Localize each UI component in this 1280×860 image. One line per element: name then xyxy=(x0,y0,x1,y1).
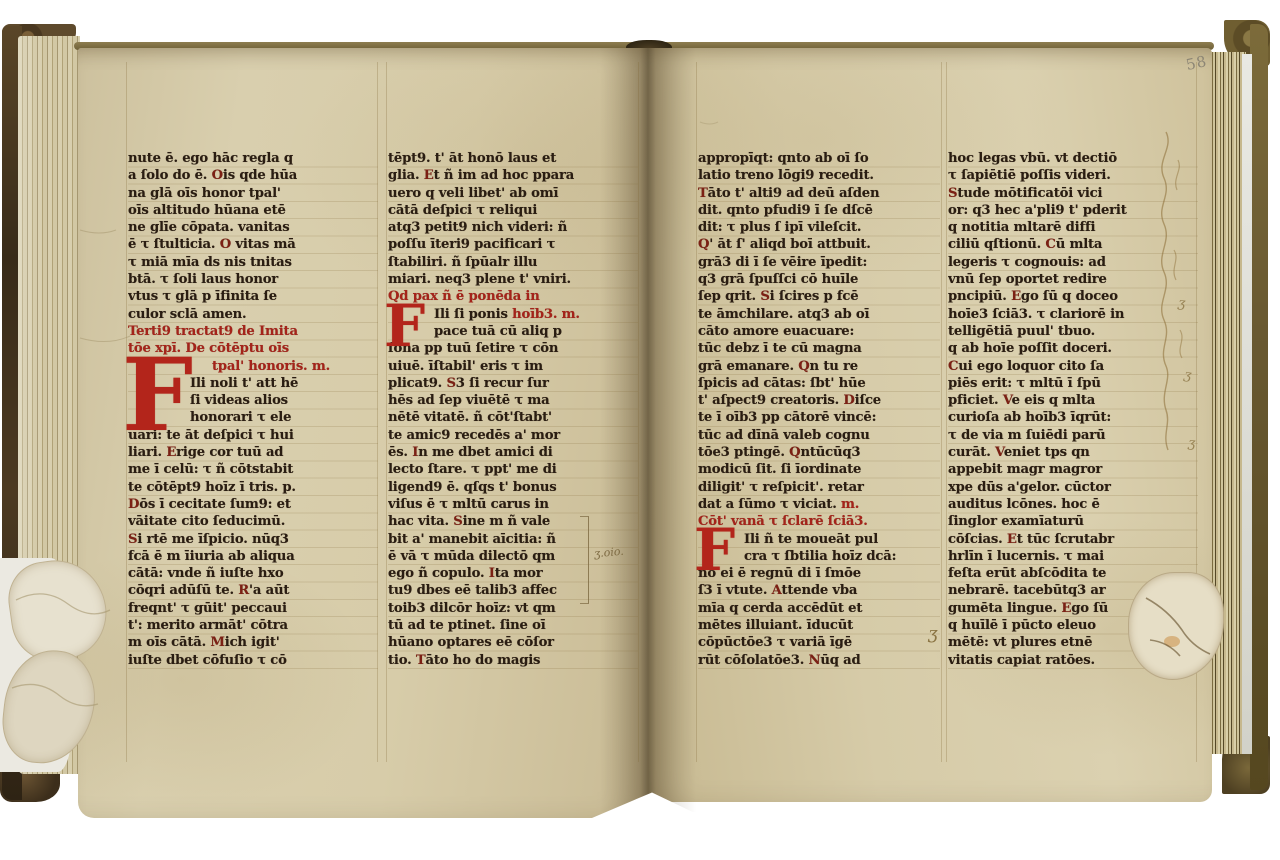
text-line: telligētiā puul' tbuo. xyxy=(948,323,1198,340)
text-line: ſona pp tuū ſetire τ cōn xyxy=(388,340,638,357)
text-line: te āmchilare. atq3 ab oī xyxy=(698,306,940,323)
text-line: q notitia mltarē diffi xyxy=(948,219,1198,236)
illuminated-initial-F-left-col2: F xyxy=(384,300,425,352)
text-line: diligit' τ reſpicit'. retar xyxy=(698,479,940,496)
text-line: ne glīe cōpata. vanitas xyxy=(128,219,378,236)
text-line: tio. Tāto ho do magis xyxy=(388,652,638,669)
text-line: atq3 petit9 nich videri: ñ xyxy=(388,219,638,236)
text-line: mīa q cerda accēdūt et xyxy=(698,600,940,617)
text-line: Stude mōtificatōi vici xyxy=(948,185,1198,202)
stain-spot xyxy=(1164,636,1180,647)
text-line: Si rtē me īſpicio. nūq3 xyxy=(128,531,378,548)
text-line: iuſte dbet cōfuſio τ cō xyxy=(128,652,378,669)
text-line: vtus τ glā p īfinita ſe xyxy=(128,288,378,305)
text-line: ego ñ copulo. Ita mor xyxy=(388,565,638,582)
text-line: auditus lcōnes. hoc ē xyxy=(948,496,1198,513)
text-line: cōpūctōe3 τ variā īgē xyxy=(698,634,940,651)
text-line: appropīqt: qnto ab oī ſo xyxy=(698,150,940,167)
text-line: τ de via m ſuiēdi parū xyxy=(948,427,1198,444)
text-line: cōqri adūſū te. R'a aūt xyxy=(128,582,378,599)
text-line: τ miā mīa ds nis tnitas xyxy=(128,254,378,271)
text-line: toib3 dilcōr hoīz: vt qm xyxy=(388,600,638,617)
text-line: pace tuā cū aliq p xyxy=(388,323,638,340)
text-line: tōe3 ptingē. Qntūcūq3 xyxy=(698,444,940,461)
text-line: Tāto t' alti9 ad deū aſden xyxy=(698,185,940,202)
text-line: viſus ē τ mltū carus in xyxy=(388,496,638,513)
text-line: fcā ē m īiuria ab aliqua xyxy=(128,548,378,565)
text-line: ciliū qſtionū. Cū mlta xyxy=(948,236,1198,253)
text-line: modicū ſit. ſi īordinate xyxy=(698,461,940,478)
text-line: ē τ ſtulticia. O vitas mā xyxy=(128,236,378,253)
text-line: ſ3 ī vtute. Attende vba xyxy=(698,582,940,599)
text-line: btā. τ ſoli laus honor xyxy=(128,271,378,288)
text-line: hoc legas vbū. vt dectiō xyxy=(948,150,1198,167)
text-line: t': merito armāt' cōtra xyxy=(128,617,378,634)
text-line: curioſa ab hoīb3 īqrūt: xyxy=(948,409,1198,426)
text-line: t' aſpect9 creatoris. Diſce xyxy=(698,392,940,409)
text-line: pficiet. Ve eis q mlta xyxy=(948,392,1198,409)
illuminated-initial-F-left-col1: F xyxy=(122,352,193,438)
text-line: glia. Et ñ im ad hoc ppara xyxy=(388,167,638,184)
text-line: cāto amore euacuare: xyxy=(698,323,940,340)
ruling-line xyxy=(941,62,942,762)
text-line: appebit magr magror xyxy=(948,461,1198,478)
text-line: nute ē. ego hāc regla q xyxy=(128,150,378,167)
text-line: legeris τ cognouis: ad xyxy=(948,254,1198,271)
text-line: tu9 dbes eē talib3 affec xyxy=(388,582,638,599)
text-line: Q' āt ſ' aliqd boī attbuit. xyxy=(698,236,940,253)
text-column-right-1: appropīqt: qnto ab oī ſolatio treno lōgi… xyxy=(698,150,940,674)
margin-side-note: ʒ.oio. xyxy=(593,545,624,561)
text-line: rūt cōſolatōe3. Nūq ad xyxy=(698,652,940,669)
text-line: pncipiū. Ego ſū q doceo xyxy=(948,288,1198,305)
text-line: na glā oīs honor tpal' xyxy=(128,185,378,202)
text-line: hēs ad ſep viuētē τ ma xyxy=(388,392,638,409)
text-line: τ ſapiētiē poſſis videri. xyxy=(948,167,1198,184)
text-line: lecto ſtare. τ ppt' me di xyxy=(388,461,638,478)
text-line: xpe dūs a'gelor. cūctor xyxy=(948,479,1198,496)
ruling-line xyxy=(386,62,387,762)
text-line: uero q veli libet' ab omī xyxy=(388,185,638,202)
text-line: culor sclā amen. xyxy=(128,306,378,323)
text-line: vnū ſep oportet redire xyxy=(948,271,1198,288)
text-line: nētē vitatē. ñ cōt'ſtabt' xyxy=(388,409,638,426)
text-line: piēs erit: τ mltū ī ſpū xyxy=(948,375,1198,392)
margin-flourish: ʒ xyxy=(928,624,938,644)
text-line: q3 grā ſpuſſci cō huīle xyxy=(698,271,940,288)
text-line: cōſcias. Et tūc ſcrutabr xyxy=(948,531,1198,548)
text-line: me ī celū: τ ñ cōtstabit xyxy=(128,461,378,478)
text-line: ligend9 ē. qſqs t' bonus xyxy=(388,479,638,496)
text-line: bit a' manebit aīcitia: ñ xyxy=(388,531,638,548)
text-line: uiuē. īſtabil' eris τ im xyxy=(388,358,638,375)
text-line: hrlīn ī lucernis. τ mai xyxy=(948,548,1198,565)
text-line: hoīe3 ſciā3. τ clariorē in xyxy=(948,306,1198,323)
board-edge-strip xyxy=(1242,54,1252,754)
text-line: or: q3 hec a'pli9 t' pderit xyxy=(948,202,1198,219)
text-line: te ī oīb3 pp cātorē vincē: xyxy=(698,409,940,426)
text-line: dat a ſūmo τ viciat. m. xyxy=(698,496,940,513)
text-line: Dōs ī cecitate ſum9: et xyxy=(128,496,378,513)
text-line: miari. neq3 plene t' vniri. xyxy=(388,271,638,288)
right-cover-board xyxy=(1250,24,1268,790)
text-column-left-2: tēpt9. t' āt honō laus etglia. Et ñ im a… xyxy=(388,150,638,674)
text-line: grā3 di ī ſe vēire īpedit: xyxy=(698,254,940,271)
text-line: cātā: vnde ñ iuſte hxo xyxy=(128,565,378,582)
text-line: latio treno lōgi9 recedit. xyxy=(698,167,940,184)
margin-bracket xyxy=(580,516,589,604)
text-line: Ili ſi ponis hoīb3. m. xyxy=(388,306,638,323)
text-line: mētes illuiant. īducūt xyxy=(698,617,940,634)
text-line: Cui ego loquor cito ſa xyxy=(948,358,1198,375)
text-line: ēs. In me dbet amici di xyxy=(388,444,638,461)
margin-mark: ʒ xyxy=(1177,296,1186,312)
text-line: te amic9 recedēs a' mor xyxy=(388,427,638,444)
text-line: hūano optares eē cōſor xyxy=(388,634,638,651)
text-line: a ſolo do ē. Ois qde hūa xyxy=(128,167,378,184)
text-line: m oīs cātā. Mich igit' xyxy=(128,634,378,651)
text-line: oīs altitudo hūana etē xyxy=(128,202,378,219)
text-line: ſinglor examīaturū xyxy=(948,513,1198,530)
illuminated-initial-F-right-col1: F xyxy=(694,524,735,576)
text-line: ſtabiliri. ñ ſpūalr illu xyxy=(388,254,638,271)
text-line: tūc debz ī te cū magna xyxy=(698,340,940,357)
text-line: tūc ad dīnā valeb cognu xyxy=(698,427,940,444)
ruling-line xyxy=(696,62,697,762)
text-line: plicat9. S3 ſi recur ſur xyxy=(388,375,638,392)
text-line: te cōtēpt9 hoīz ī tris. p. xyxy=(128,479,378,496)
text-line: q ab hoīe poſſit doceri. xyxy=(948,340,1198,357)
text-line: dit: τ plus ſ ipī vileſcit. xyxy=(698,219,940,236)
text-line: freqnt' τ gūit' peccaui xyxy=(128,600,378,617)
text-line: tū ad te ptinet. ſine oī xyxy=(388,617,638,634)
ruling-line xyxy=(638,62,639,762)
text-line: dit. qnto pfudi9 ī ſe dſcē xyxy=(698,202,940,219)
text-line: cātā deſpici τ reliqui xyxy=(388,202,638,219)
text-line: poſſu īteri9 pacificari τ xyxy=(388,236,638,253)
text-line: tēpt9. t' āt honō laus et xyxy=(388,150,638,167)
text-line: ſep qrit. Si ſcires p fcē xyxy=(698,288,940,305)
text-line: ſpicis ad cātas: ſbt' hūe xyxy=(698,375,940,392)
text-line: vāitate cito ſeducimū. xyxy=(128,513,378,530)
text-line: Qd pax ñ ē ponēda in xyxy=(388,288,638,305)
manuscript-photo: nute ē. ego hāc regla qa ſolo do ē. Ois … xyxy=(0,0,1280,860)
text-line: grā emanare. Qn tu re xyxy=(698,358,940,375)
margin-mark: ʒ xyxy=(1187,436,1195,451)
text-line: hac vita. Sine m ñ vale xyxy=(388,513,638,530)
text-line: curāt. Veniet tps qn xyxy=(948,444,1198,461)
ruling-line xyxy=(946,62,947,762)
